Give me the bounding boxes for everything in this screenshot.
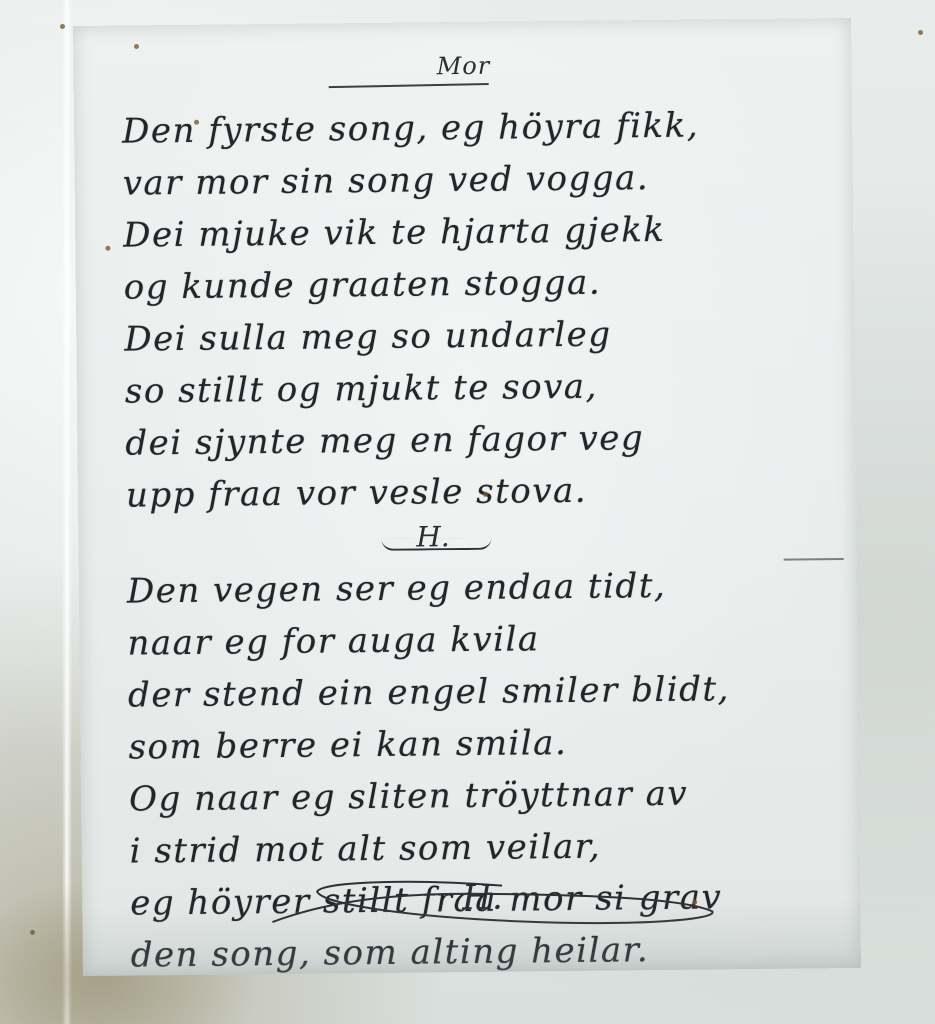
separator-mark: H. [416, 520, 450, 553]
foxing-spot [918, 30, 923, 35]
page-fold-highlight [62, 0, 72, 1024]
poem-line: naar eg for auga kvila [127, 610, 848, 670]
poem-line: Den fyrste song, eg höyra fikk, [122, 98, 843, 158]
foxing-spot [692, 900, 697, 905]
poem-line: Den vegen ser eg endaa tidt, [127, 558, 848, 618]
poem-line: Og naar eg sliten tröyttnar av [129, 766, 850, 826]
stanza-2: Den vegen ser eg endaa tidt, naar eg for… [127, 558, 851, 982]
poem-line: var mor sin song ved vogga. [122, 150, 843, 210]
foxing-spot [194, 120, 199, 125]
poem-title: Mor [373, 51, 553, 81]
signature-flourish: H. [262, 869, 723, 934]
poem-body: Den fyrste song, eg höyra fikk, var mor … [122, 98, 851, 981]
foxing-spot [105, 246, 110, 251]
foxing-spot [134, 44, 139, 49]
stanza-separator: H. [126, 514, 846, 566]
poem-line: den song, som alting heilar. [131, 922, 852, 982]
foxing-spot [60, 24, 65, 29]
poem-line: so stillt og mjukt te sova, [125, 358, 846, 418]
foxing-spot [483, 492, 488, 497]
stanza-1: Den fyrste song, eg höyra fikk, var mor … [122, 98, 846, 522]
poem-line: og kunde graaten stogga. [124, 254, 845, 314]
poem-line: i strid mot alt som veilar, [129, 818, 850, 878]
title-underline [329, 83, 489, 88]
poem-line: Dei mjuke vik te hjarta gjekk [123, 202, 844, 262]
manuscript-sheet: Mor Den fyrste song, eg höyra fikk, var … [73, 18, 861, 976]
signature-mark: H. [462, 878, 503, 918]
poem-line: dei sjynte meg en fagor veg [125, 410, 846, 470]
poem-line: som berre ei kan smila. [128, 714, 849, 774]
foxing-spot [30, 930, 35, 935]
poem-line: der stend ein engel smiler blidt, [128, 662, 849, 722]
poem-line: Dei sulla meg so undarleg [124, 306, 845, 366]
